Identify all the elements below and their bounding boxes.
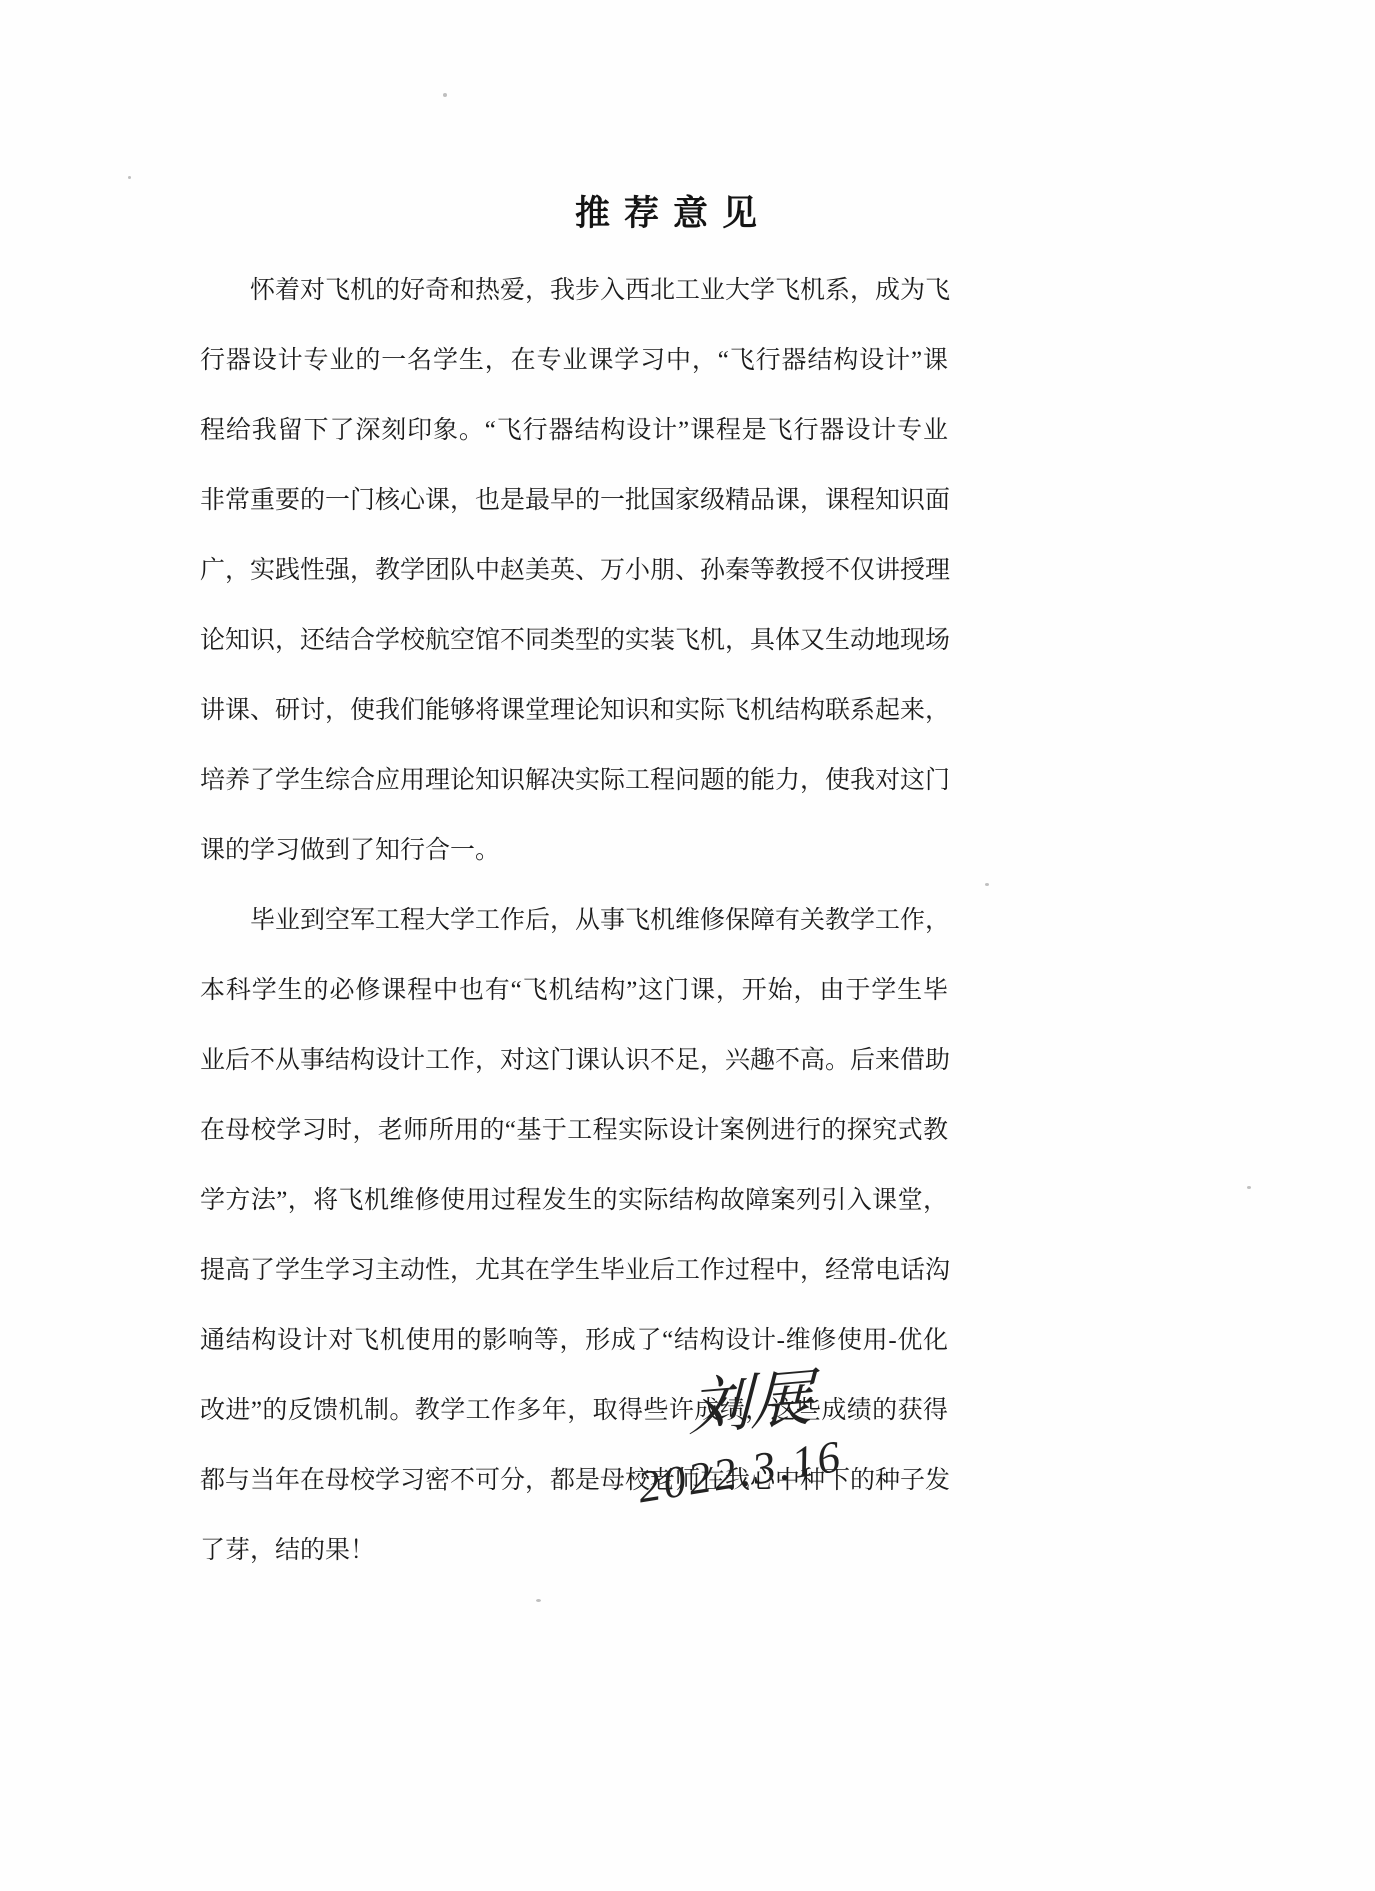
scan-speck — [536, 1599, 541, 1602]
text-line: 本科学生的必修课程中也有“飞机结构”这门课，开始，由于学生毕 — [200, 956, 948, 1026]
text-line: 程给我留下了深刻印象。“飞行器结构设计”课程是飞行器设计专业 — [200, 396, 948, 466]
text-line: 讲课、研讨，使我们能够将课堂理论知识和实际飞机结构联系起来， — [200, 676, 948, 746]
text-line: 业后不从事结构设计工作，对这门课认识不足，兴趣不高。后来借助 — [200, 1026, 948, 1096]
page-title: 推荐意见 — [575, 186, 771, 236]
text-line: 行器设计专业的一名学生，在专业课学习中，“飞行器结构设计”课 — [200, 326, 948, 396]
handwritten-signature: 刘展 — [688, 1347, 813, 1447]
text-line: 怀着对飞机的好奇和热爱，我步入西北工业大学飞机系，成为飞 — [200, 256, 948, 326]
scanned-letter-page: 推荐意见 怀着对飞机的好奇和热爱，我步入西北工业大学飞机系，成为飞行器设计专业的… — [0, 0, 1375, 1891]
text-line: 非常重要的一门核心课，也是最早的一批国家级精品课，课程知识面 — [200, 466, 948, 536]
text-line: 学方法”，将飞机维修使用过程发生的实际结构故障案列引入课堂， — [200, 1166, 948, 1236]
document-body: 怀着对飞机的好奇和热爱，我步入西北工业大学飞机系，成为飞行器设计专业的一名学生，… — [200, 256, 948, 1586]
text-line: 提高了学生学习主动性，尤其在学生毕业后工作过程中，经常电话沟 — [200, 1236, 948, 1306]
text-line: 了芽，结的果！ — [200, 1516, 948, 1586]
text-line: 论知识，还结合学校航空馆不同类型的实装飞机，具体又生动地现场 — [200, 606, 948, 676]
text-line: 培养了学生综合应用理论知识解决实际工程问题的能力，使我对这门 — [200, 746, 948, 816]
scan-speck — [985, 883, 989, 886]
scan-speck — [128, 176, 131, 179]
text-line: 课的学习做到了知行合一。 — [200, 816, 948, 886]
text-line: 毕业到空军工程大学工作后，从事飞机维修保障有关教学工作， — [200, 886, 948, 956]
scan-speck — [1247, 1186, 1251, 1189]
scan-speck — [443, 93, 447, 97]
text-line: 通结构设计对飞机使用的影响等，形成了“结构设计-维修使用-优化 — [200, 1306, 948, 1376]
text-line: 广，实践性强，教学团队中赵美英、万小朋、孙秦等教授不仅讲授理 — [200, 536, 948, 606]
text-line: 在母校学习时，老师所用的“基于工程实际设计案例进行的探究式教 — [200, 1096, 948, 1166]
